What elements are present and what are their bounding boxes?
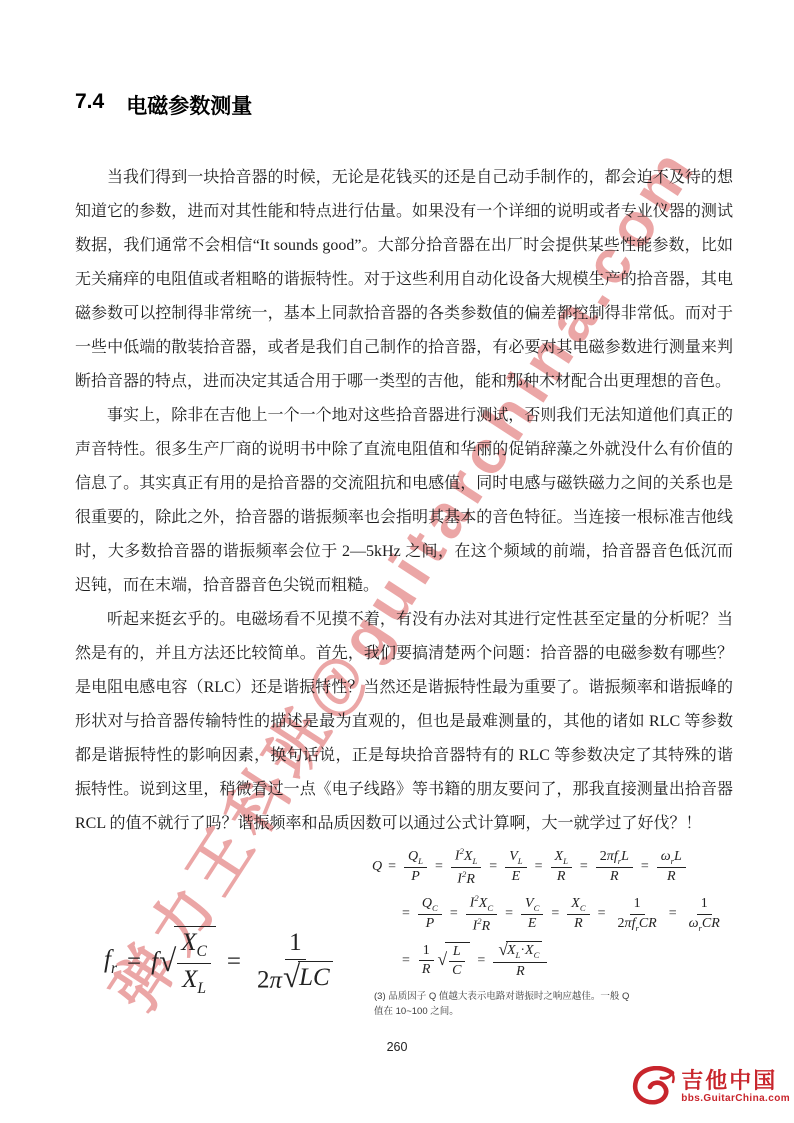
resonant-frequency-formula: fr=f√XCXL=12π√LC bbox=[104, 926, 340, 998]
q-formula-line-3: =1R√LC=√XL·XCR bbox=[372, 941, 726, 981]
quality-factor-formula: Q=QLP=I2XLI2R=VLE=XLR=2πfrLR=ωrLR =QCP=I… bbox=[372, 846, 726, 986]
section-heading: 7.4 电磁参数测量 bbox=[75, 90, 252, 120]
logo-brand-text: 吉他中国 bbox=[681, 1070, 777, 1092]
guitarchina-logo: 吉他中国 bbs.GuitarChina.com bbox=[630, 1066, 790, 1108]
paragraph-1: 当我们得到一块拾音器的时候，无论是花钱买的还是自己动手制作的，都会迫不及待的想知… bbox=[75, 161, 733, 399]
page-number: 260 bbox=[0, 1040, 794, 1054]
paragraph-3: 听起来挺玄乎的。电磁场看不见摸不着，有没有办法对其进行定性甚至定量的分析呢？当然… bbox=[75, 603, 733, 841]
logo-site-text: bbs.GuitarChina.com bbox=[681, 1094, 790, 1104]
paragraph-2: 事实上，除非在吉他上一个一个地对这些拾音器进行测试，否则我们无法知道他们真正的声… bbox=[75, 399, 733, 603]
section-title: 电磁参数测量 bbox=[126, 90, 252, 120]
section-number: 7.4 bbox=[75, 90, 104, 120]
page-content: 7.4 电磁参数测量 当我们得到一块拾音器的时候，无论是花钱买的还是自己动手制作… bbox=[0, 0, 794, 1123]
q-formula-line-1: Q=QLP=I2XLI2R=VLE=XLR=2πfrLR=ωrLR bbox=[372, 846, 726, 888]
q-formula-line-2: =QCP=I2XCI2R=VCE=XCR=12πfrCR=1ωrCR bbox=[372, 893, 726, 935]
footnote: (3) 品质因子 Q 值越大表示电路对谐振时之响应越佳。一般 Q 值在 10~1… bbox=[374, 990, 632, 1019]
logo-text: 吉他中国 bbs.GuitarChina.com bbox=[681, 1070, 790, 1104]
dragon-swirl-icon bbox=[630, 1066, 678, 1108]
document-page: 弹力王科班@guitarchina.com 7.4 电磁参数测量 当我们得到一块… bbox=[0, 0, 794, 1123]
body-text: 当我们得到一块拾音器的时候，无论是花钱买的还是自己动手制作的，都会迫不及待的想知… bbox=[75, 161, 733, 841]
